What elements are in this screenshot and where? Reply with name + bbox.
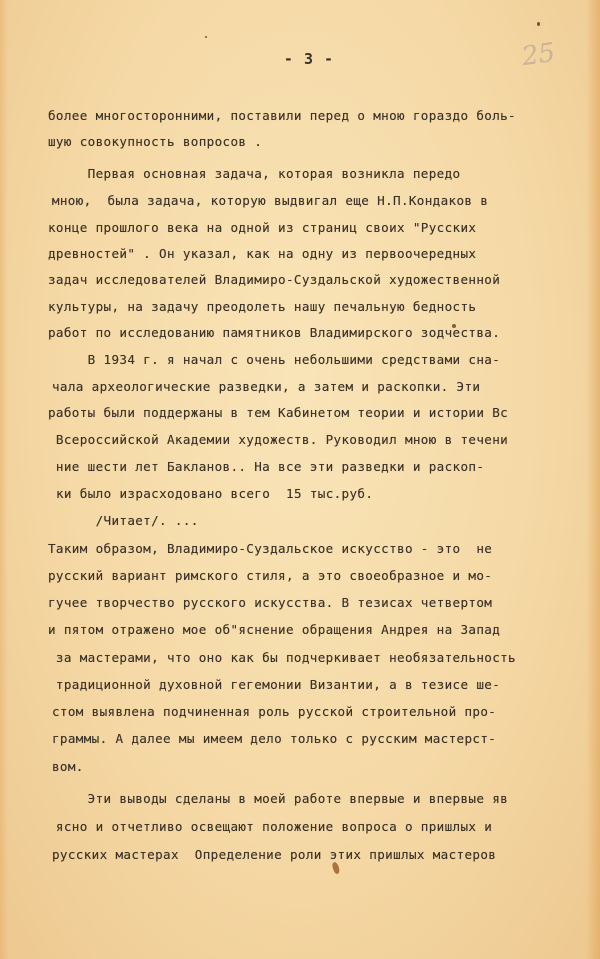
text-line: ясно и отчетливо освещают положение вопр… bbox=[48, 819, 492, 834]
text-line: задач исследователей Владимиро-Суздальск… bbox=[48, 272, 500, 287]
text-line: культуры, на задачу преодолеть нашу печа… bbox=[48, 299, 476, 314]
text-line: вом. bbox=[52, 759, 84, 774]
text-line: за мастерами, что оно как бы подчеркивае… bbox=[48, 650, 516, 665]
text-line: более многосторонними, поставили перед о… bbox=[48, 108, 516, 123]
text-line: граммы. А далее мы имеем дело только с р… bbox=[52, 731, 496, 746]
paper-edge-left bbox=[0, 0, 8, 959]
text-line: Первая основная задача, которая возникла… bbox=[48, 166, 460, 181]
paper-speck bbox=[537, 22, 540, 26]
text-line: русский вариант римского стиля, а это св… bbox=[48, 568, 492, 583]
text-line: русских мастерах Определение роли этих п… bbox=[52, 847, 496, 862]
text-line: работы были поддержаны в тем Кабинетом т… bbox=[48, 405, 508, 420]
text-line: работ по исследованию памятников Владими… bbox=[48, 325, 500, 340]
text-line: Эти выводы сделаны в моей работе впервые… bbox=[48, 791, 508, 806]
paper-edge-right bbox=[586, 0, 600, 959]
text-line: и пятом отражено мое об"яснение обращени… bbox=[48, 622, 500, 637]
paper-speck bbox=[452, 324, 456, 328]
text-line: Таким образом, Владимиро-Суздальское иск… bbox=[48, 541, 492, 556]
text-line: шую совокупность вопросов . bbox=[48, 134, 262, 149]
text-line: В 1934 г. я начал с очень небольшими сре… bbox=[48, 352, 500, 367]
text-line: традиционной духовной гегемонии Византии… bbox=[48, 677, 500, 692]
text-line: ки было израсходовано всего 15 тыс.руб. bbox=[56, 486, 373, 501]
ink-stain bbox=[331, 861, 341, 874]
text-line: /Читает/. ... bbox=[48, 513, 199, 528]
paper-speck bbox=[205, 36, 207, 38]
text-line: гучее творчество русского искусства. В т… bbox=[48, 595, 492, 610]
page-number: - 3 - bbox=[0, 50, 600, 68]
text-line: ние шести лет Бакланов.. На все эти разв… bbox=[48, 459, 484, 474]
text-line: чала археологические разведки, а затем и… bbox=[52, 379, 480, 394]
text-line: мною, была задача, которую выдвигал еще … bbox=[44, 193, 488, 208]
text-line: Всероссийской Академии художеств. Руково… bbox=[48, 432, 508, 447]
text-line: древностей" . Он указал, как на одну из … bbox=[48, 246, 476, 261]
text-line: концe прошлого века на одной из страниц … bbox=[48, 220, 476, 235]
text-line: стом выявлена подчиненная роль русской с… bbox=[52, 704, 496, 719]
